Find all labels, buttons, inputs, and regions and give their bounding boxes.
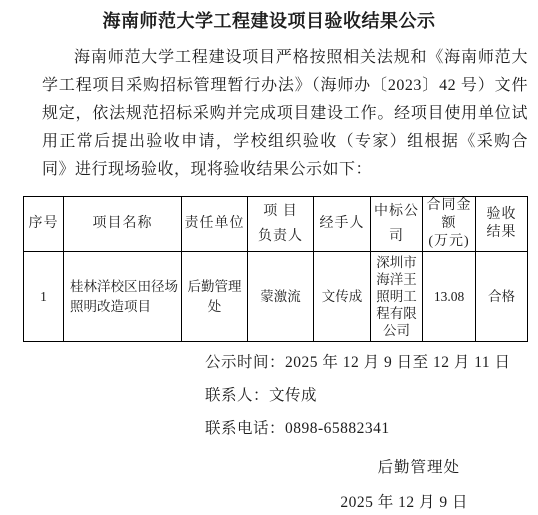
- header-project-name: 项目名称: [64, 197, 182, 252]
- header-contract-amount: 合同金 额 (万元): [423, 197, 476, 252]
- announcement-page: 海南师范大学工程建设项目验收结果公示 海南师范大学工程建设项目严格按照相关法规和…: [0, 7, 538, 515]
- issue-date: 2025 年 12 月 9 日: [0, 490, 538, 512]
- cell-project-name: 桂林洋校区田径场照明改造项目: [64, 252, 182, 342]
- contact-person: 联系人：文传成: [205, 379, 538, 412]
- cell-acceptance-result: 合格: [476, 252, 528, 342]
- cell-project-leader: 蒙激流: [248, 252, 314, 342]
- intro-paragraph: 海南师范大学工程建设项目严格按照相关法规和《海南师范大学工程项目采购招标管理暂行…: [42, 44, 528, 184]
- cell-responsible-unit: 后勤管理处: [182, 252, 248, 342]
- cell-handler: 文传成: [314, 252, 371, 342]
- header-handler: 经手人: [314, 197, 371, 252]
- contact-block: 公示时间：2025 年 12 月 9 日至 12 月 11 日 联系人：文传成 …: [205, 346, 538, 445]
- header-winning-company: 中标公 司: [371, 197, 423, 252]
- acceptance-results-table: 序号 项目名称 责任单位 项 目 负责人 经手人 中标公 司 合同金 额 (万元…: [23, 196, 528, 342]
- table-header-row: 序号 项目名称 责任单位 项 目 负责人 经手人 中标公 司 合同金 额 (万元…: [24, 197, 528, 252]
- cell-contract-amount: 13.08: [423, 252, 476, 342]
- header-acceptance-result: 验收 结果: [476, 197, 528, 252]
- contact-phone: 联系电话：0898-65882341: [205, 412, 538, 445]
- cell-winning-company: 深圳市海洋王照明工程有限公司: [371, 252, 423, 342]
- page-title: 海南师范大学工程建设项目验收结果公示: [0, 7, 538, 33]
- header-project-leader: 项 目 负责人: [248, 197, 314, 252]
- header-index: 序号: [24, 197, 64, 252]
- cell-index: 1: [24, 252, 64, 342]
- table-row: 1 桂林洋校区田径场照明改造项目 后勤管理处 蒙激流 文传成 深圳市海洋王照明工…: [24, 252, 528, 342]
- publicity-period: 公示时间：2025 年 12 月 9 日至 12 月 11 日: [205, 346, 538, 379]
- issuing-department: 后勤管理处: [0, 455, 538, 477]
- header-responsible-unit: 责任单位: [182, 197, 248, 252]
